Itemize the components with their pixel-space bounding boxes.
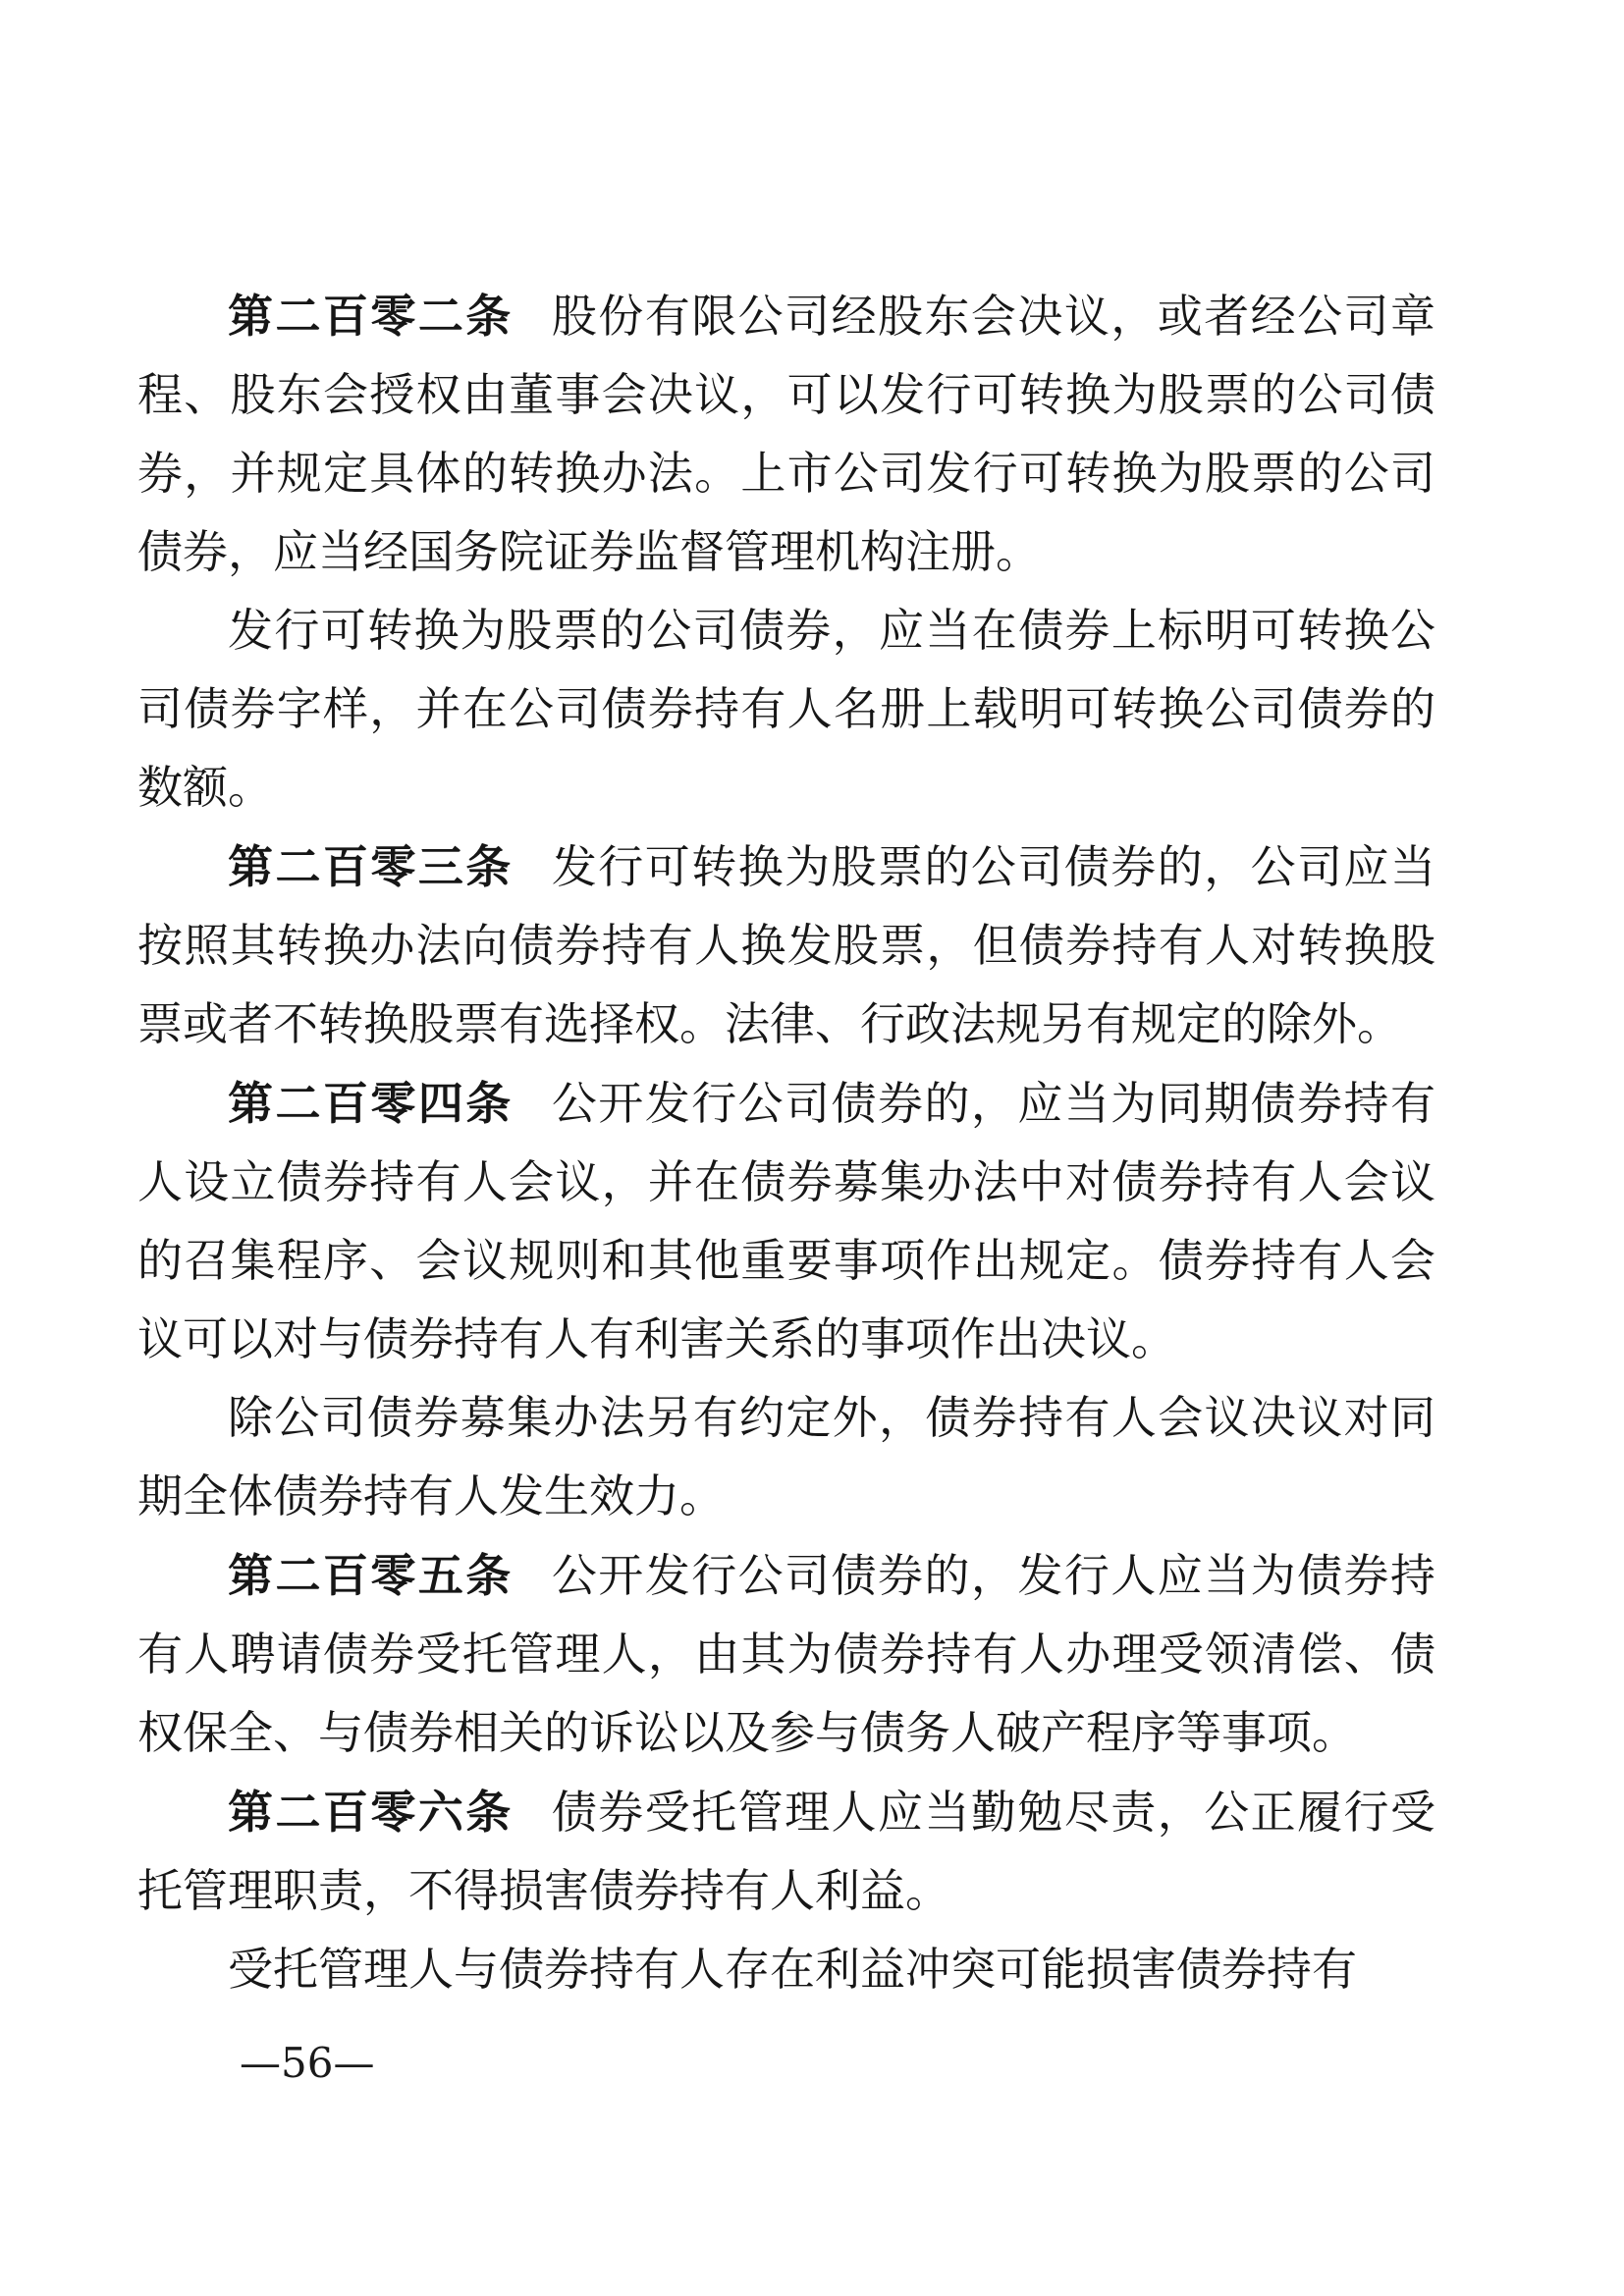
page-footer: —56— [240,2040,374,2087]
article-paragraph: 第二百零三条发行可转换为股票的公司债券的，公司应当按照其转换办法向债券持有人换发… [137,828,1435,1064]
article-paragraph: 第二百零四条公开发行公司债券的，应当为同期债券持有人设立债券持有人会议，并在债券… [137,1064,1435,1379]
article-number: 第二百零六条 [228,1787,514,1838]
paragraph-text: 受托管理人与债券持有人存在利益冲突可能损害债券持有 [228,1945,1357,1995]
article-number: 第二百零四条 [228,1078,514,1129]
article-paragraph: 第二百零二条股份有限公司经股东会决议，或者经公司章程、股东会授权由董事会决议，可… [137,277,1435,592]
paragraph-text: 发行可转换为股票的公司债券，应当在债券上标明可转换公司债券字样，并在公司债券持有… [137,606,1435,813]
article-paragraph: 第二百零六条债券受托管理人应当勤勉尽责，公正履行受托管理职责，不得损害债券持有人… [137,1773,1435,1931]
document-body: 第二百零二条股份有限公司经股东会决议，或者经公司章程、股东会授权由董事会决议，可… [137,277,1435,2009]
article-paragraph: 第二百零五条公开发行公司债券的，发行人应当为债券持有人聘请债券受托管理人，由其为… [137,1536,1435,1773]
article-paragraph: 发行可转换为股票的公司债券，应当在债券上标明可转换公司债券字样，并在公司债券持有… [137,592,1435,828]
paragraph-text: 除公司债券募集办法另有约定外，债券持有人会议决议对同期全体债券持有人发生效力。 [137,1393,1435,1522]
article-number: 第二百零五条 [228,1550,514,1601]
article-number: 第二百零三条 [228,841,514,892]
article-paragraph: 受托管理人与债券持有人存在利益冲突可能损害债券持有 [137,1931,1435,2009]
page-number: —56— [240,2039,374,2087]
article-paragraph: 除公司债券募集办法另有约定外，债券持有人会议决议对同期全体债券持有人发生效力。 [137,1379,1435,1536]
article-number: 第二百零二条 [228,291,514,342]
document-page: 第二百零二条股份有限公司经股东会决议，或者经公司章程、股东会授权由董事会决议，可… [0,0,1624,2296]
